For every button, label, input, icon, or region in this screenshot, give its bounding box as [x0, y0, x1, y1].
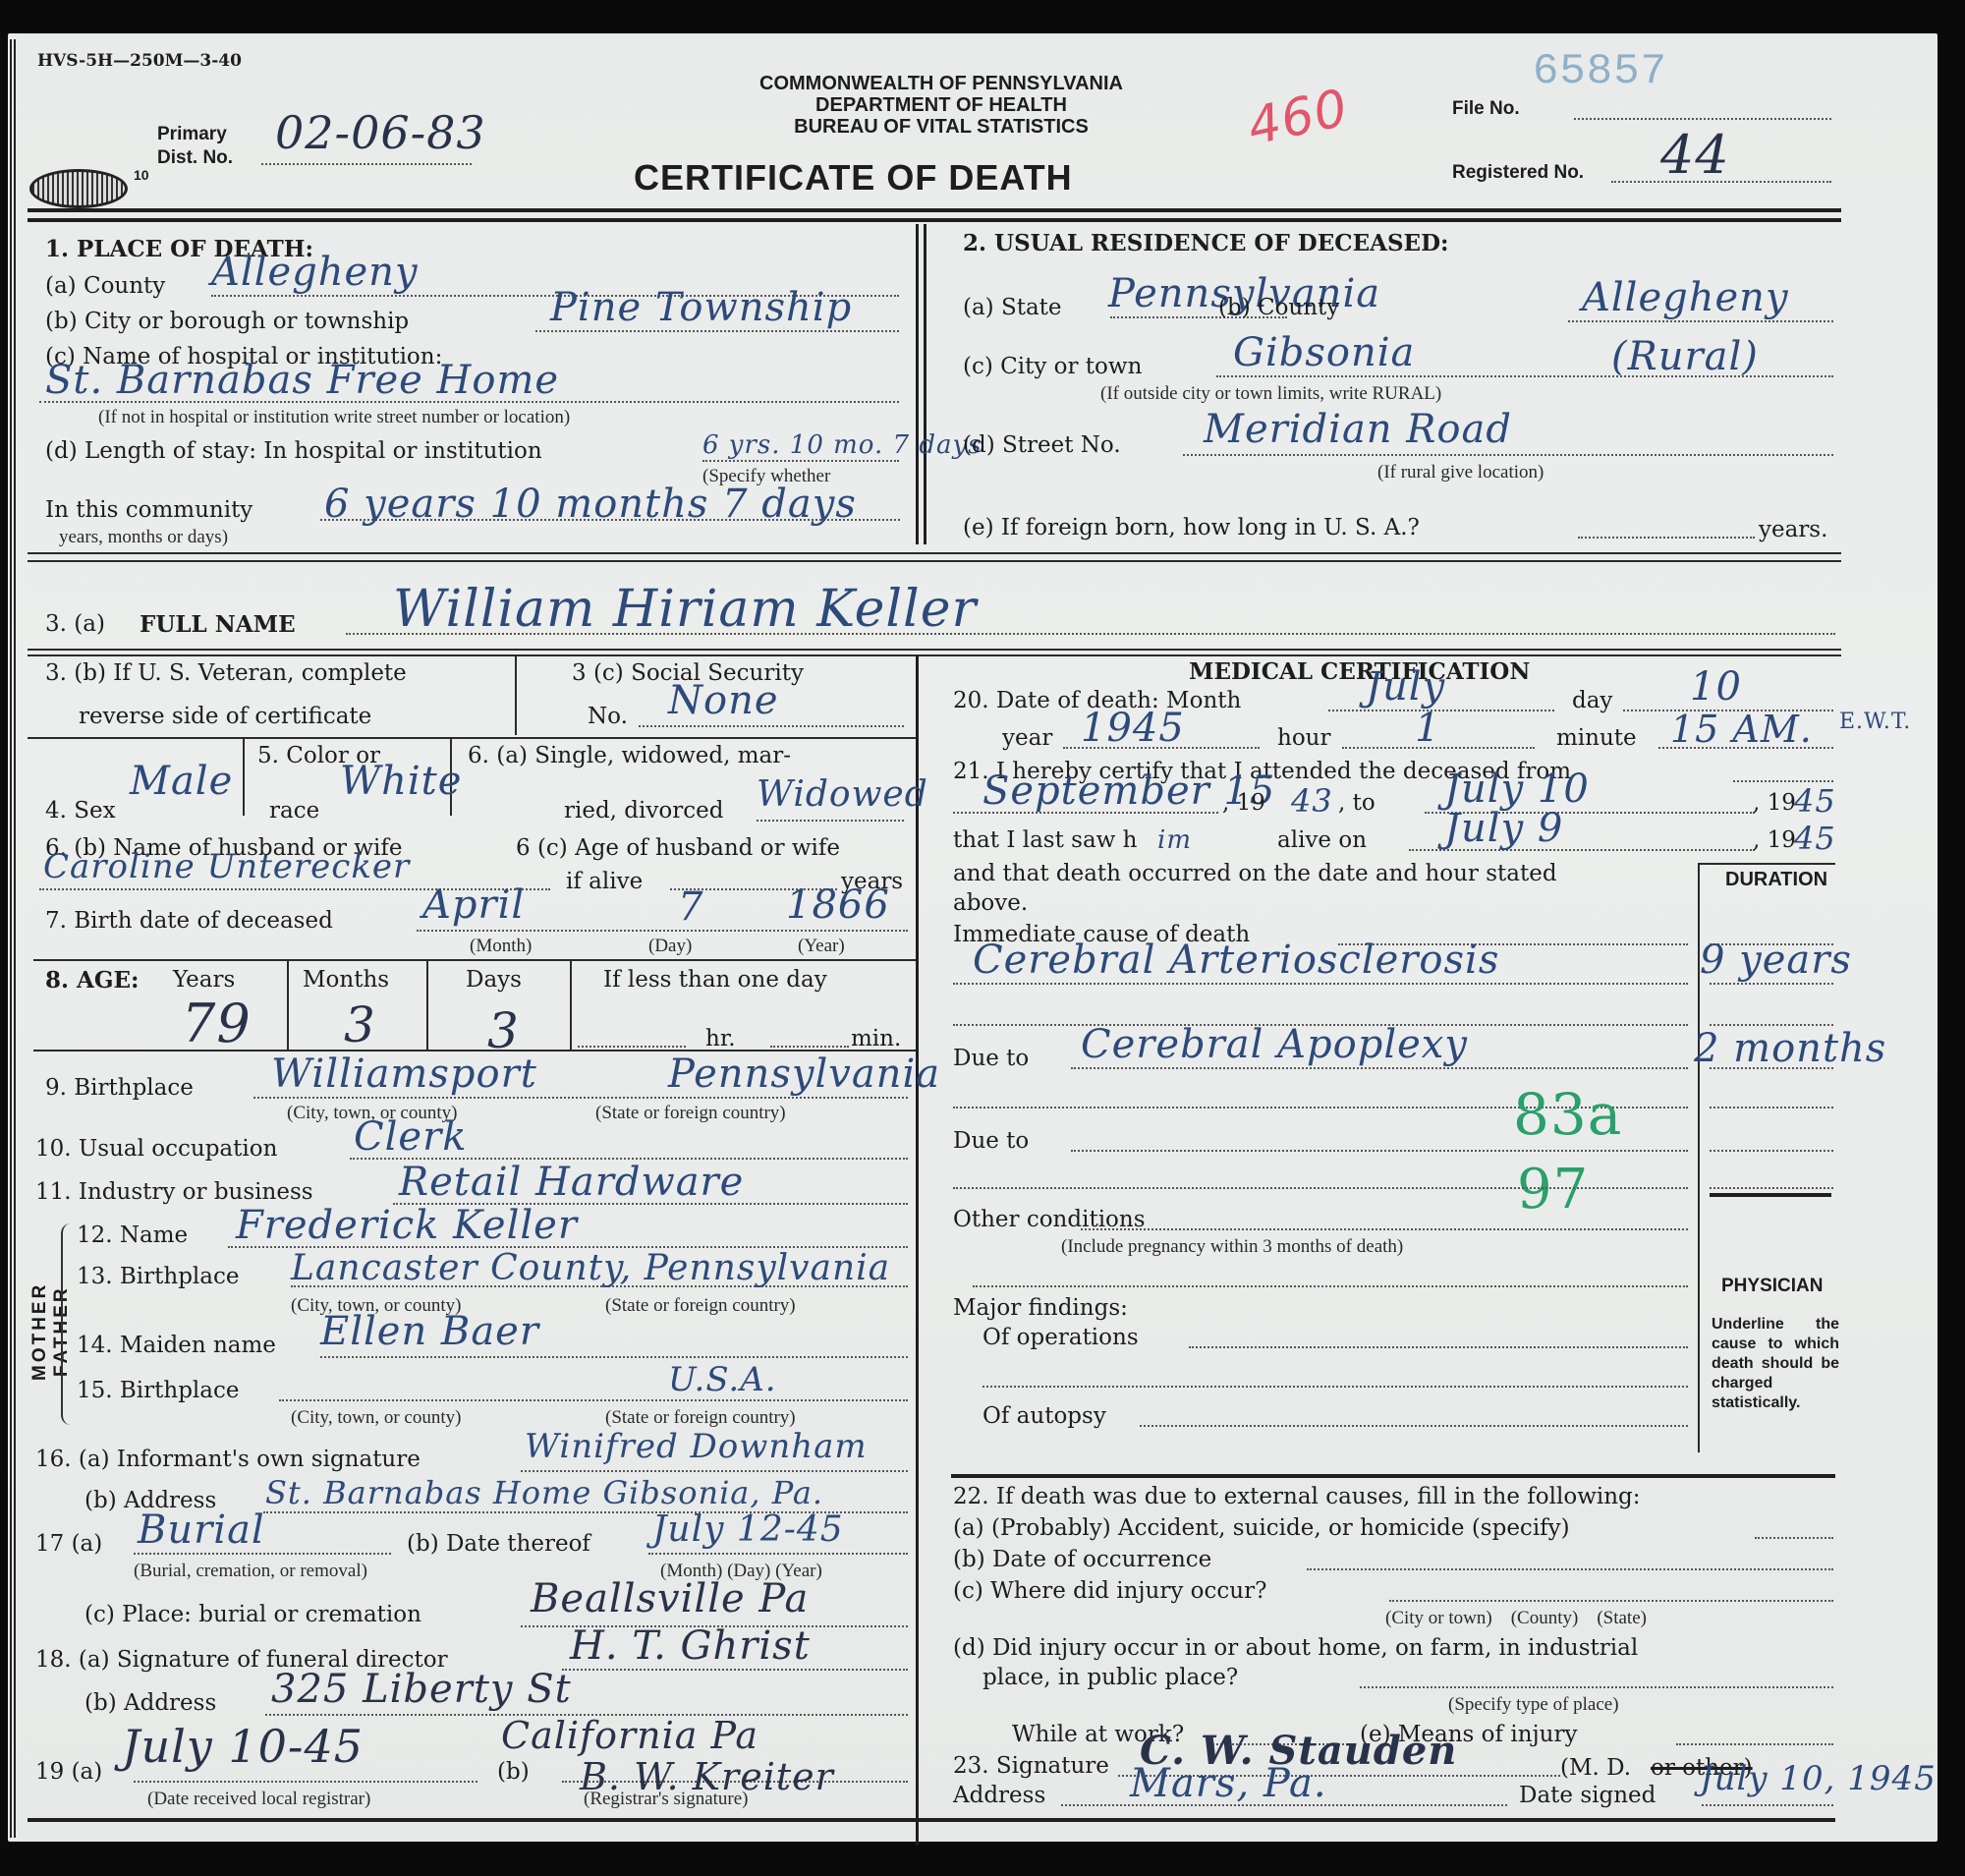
registrar-date-note: (Date received local registrar)	[147, 1789, 370, 1810]
community-value[interactable]: 6 years 10 months 7 days	[324, 482, 857, 527]
other-note: (Include pregnancy within 3 months of de…	[1061, 1236, 1403, 1258]
attend-to-year[interactable]: 45	[1794, 782, 1836, 820]
birthplace-label: 9. Birthplace	[45, 1075, 194, 1101]
section-divider	[916, 224, 919, 544]
full-name-label: FULL NAME	[140, 611, 296, 638]
mother-maiden-value[interactable]: Ellen Baer	[320, 1309, 539, 1354]
occupation-value[interactable]: Clerk	[354, 1114, 467, 1160]
external-c-label: (c) Where did injury occur?	[953, 1578, 1266, 1604]
burial-place-label: (c) Place: burial or cremation	[84, 1602, 421, 1627]
street-note: (If rural give location)	[1377, 462, 1544, 483]
file-no-label: File No.	[1452, 98, 1520, 120]
registrar-sig-label: (b)	[497, 1759, 530, 1785]
md-label: (M. D.	[1560, 1755, 1631, 1781]
findings-label: Major findings:	[953, 1295, 1128, 1321]
duration-top-rule	[1698, 863, 1835, 865]
father-birthplace-label: 13. Birthplace	[77, 1264, 239, 1289]
spouse-value[interactable]: Caroline Unterecker	[43, 847, 410, 886]
street-label: (d) Street No.	[963, 432, 1121, 458]
stay-line	[702, 460, 899, 462]
race-value[interactable]: White	[340, 759, 462, 804]
director-signature[interactable]: H. T. Ghrist	[570, 1623, 811, 1669]
main-divider	[916, 656, 919, 1846]
due-1-line-b	[1071, 1067, 1688, 1069]
birth-year[interactable]: 1866	[786, 882, 890, 928]
rule-3b	[28, 560, 1841, 562]
header-rule-1	[28, 208, 1841, 212]
alive-on-label: alive on	[1277, 827, 1367, 853]
res-city-note: (If outside city or town limits, write R…	[1100, 383, 1441, 405]
foreign-field[interactable]	[1578, 537, 1755, 539]
mother-maiden-label: 14. Maiden name	[77, 1333, 276, 1358]
external-d-label-2: place, in public place?	[982, 1665, 1238, 1690]
city-value[interactable]: Pine Township	[550, 285, 852, 330]
duration-line-5	[1710, 1107, 1833, 1109]
death-minute[interactable]: 15 AM.	[1670, 708, 1813, 751]
primary-dist-label: Primary	[157, 124, 227, 145]
external-d-label-1: (d) Did injury occur in or about home, o…	[953, 1635, 1638, 1661]
certifier-address-label: Address	[953, 1783, 1045, 1808]
immediate-duration[interactable]: 9 years	[1700, 938, 1852, 983]
external-heading: 22. If death was due to external causes,…	[953, 1484, 1641, 1509]
state-label: (a) State	[963, 295, 1062, 320]
left-border	[10, 39, 16, 1838]
occupation-label: 10. Usual occupation	[35, 1136, 277, 1162]
sex-label: 4. Sex	[45, 798, 116, 824]
disposition-note: (Burial, cremation, or removal)	[134, 1561, 367, 1582]
parents-side-label: MOTHER FATHER	[29, 1233, 59, 1430]
res-city-label: (c) City or town	[963, 354, 1142, 379]
age-hr-field[interactable]	[578, 1046, 686, 1048]
birth-line	[417, 930, 908, 932]
father-name-label: 12. Name	[77, 1222, 188, 1248]
birth-year-note: (Year)	[798, 936, 845, 957]
age-days-label: Days	[466, 967, 522, 993]
stay-label: (d) Length of stay: In hospital or insti…	[45, 438, 542, 464]
age-div-2	[426, 961, 428, 1050]
agency-line-3: BUREAU OF VITAL STATISTICS	[686, 116, 1197, 138]
race-label: race	[269, 798, 319, 824]
city-label: (b) City or borough or township	[45, 309, 409, 334]
external-a-field[interactable]	[1755, 1537, 1833, 1539]
mother-birthplace-value[interactable]: U.S.A.	[668, 1360, 777, 1399]
birth-day-note: (Day)	[648, 936, 692, 957]
county-label: (a) County	[45, 273, 165, 299]
agency-block: COMMONWEALTH OF PENNSYLVANIA DEPARTMENT …	[686, 73, 1197, 138]
age-months[interactable]: 3	[344, 996, 376, 1053]
primary-dist-label-2: Dist. No.	[157, 147, 233, 169]
external-d-note: (Specify type of place)	[1448, 1694, 1619, 1716]
cause-code-2: 97	[1517, 1158, 1589, 1222]
res-county-line	[1568, 320, 1833, 322]
due-2-field[interactable]	[1071, 1150, 1688, 1152]
agency-line-1: COMMONWEALTH OF PENNSYLVANIA	[686, 73, 1197, 94]
residence-heading: 2. USUAL RESIDENCE OF DECEASED:	[963, 230, 1449, 256]
community-label: In this community	[45, 497, 253, 523]
duration-line-2	[1710, 983, 1833, 985]
attend-to-year-prefix: , 19	[1753, 790, 1796, 816]
physician-heading: PHYSICIAN	[1721, 1276, 1823, 1297]
occurred-label-2: above.	[953, 890, 1028, 916]
age-less-label: If less than one day	[603, 967, 827, 993]
birth-label: 7. Birth date of deceased	[45, 908, 333, 934]
veteran-label-2: reverse side of certificate	[79, 704, 371, 729]
certifier-signature-label: 23. Signature	[953, 1753, 1109, 1779]
rule-3	[28, 552, 1841, 554]
external-b-label: (b) Date of occurrence	[953, 1547, 1211, 1572]
ss-line	[639, 725, 904, 727]
parents-brace	[61, 1223, 73, 1425]
attend-to-label: , to	[1338, 790, 1375, 816]
seal-number: 10	[134, 167, 149, 183]
burial-date-line	[648, 1553, 908, 1555]
external-rule	[951, 1474, 1835, 1478]
death-month-line	[1328, 710, 1554, 711]
marital-label-2: ried, divorced	[564, 798, 723, 824]
foreign-label: (e) If foreign born, how long in U. S. A…	[963, 515, 1420, 540]
marital-line	[757, 820, 904, 822]
res-city-value[interactable]: Gibsonia	[1233, 330, 1415, 375]
agency-line-2: DEPARTMENT OF HEALTH	[686, 94, 1197, 116]
external-c-field[interactable]	[1389, 1600, 1833, 1602]
ss-value[interactable]: None	[668, 678, 779, 723]
age-label: 8. AGE:	[45, 967, 140, 994]
last-seen-year[interactable]: 45	[1794, 820, 1836, 857]
certificate-title: CERTIFICATE OF DEATH	[634, 157, 1073, 199]
mother-city-note: (City, town, or county)	[291, 1407, 461, 1429]
registered-no-value[interactable]: 44	[1660, 124, 1730, 186]
birthplace-state[interactable]: Pennsylvania	[668, 1052, 940, 1097]
institution-value[interactable]: St. Barnabas Free Home	[45, 358, 559, 403]
attend-from-year[interactable]: 43	[1291, 782, 1333, 820]
due-to-1-value[interactable]: Cerebral Apoplexy	[1081, 1022, 1468, 1067]
mother-birthplace-label: 15. Birthplace	[77, 1378, 239, 1403]
date-signed[interactable]: July 10, 1945	[1700, 1759, 1937, 1798]
city-line	[535, 330, 899, 332]
age-min-field[interactable]	[770, 1046, 849, 1048]
age-div-3	[570, 961, 572, 1050]
mother-birthplace-line	[279, 1399, 908, 1401]
res-county-value[interactable]: Allegheny	[1582, 275, 1789, 320]
res-county-label: (b) County	[1218, 295, 1339, 320]
sex-divider	[243, 739, 245, 816]
director-line	[562, 1669, 908, 1671]
rule-4b	[28, 654, 1841, 656]
due-to-2-label: Due to	[953, 1128, 1029, 1154]
burial-date-value[interactable]: July 12-45	[652, 1509, 844, 1550]
mother-maiden-line	[320, 1356, 908, 1358]
date-signed-line	[1702, 1804, 1833, 1806]
death-hour[interactable]: 1	[1415, 706, 1440, 751]
sex-value[interactable]: Male	[130, 759, 233, 804]
last-seen-date[interactable]: July 9	[1444, 806, 1563, 851]
veteran-divider	[515, 656, 517, 735]
death-day-label: day	[1572, 688, 1612, 713]
father-name-value[interactable]: Frederick Keller	[236, 1203, 578, 1248]
other-line-a	[953, 1187, 1688, 1189]
due-to-1-label: Due to	[953, 1046, 1029, 1071]
father-state-note: (State or foreign country)	[605, 1295, 796, 1317]
disposition-value[interactable]: Burial	[138, 1507, 265, 1553]
rule-4	[28, 649, 1841, 651]
res-city-rural[interactable]: (Rural)	[1611, 334, 1759, 379]
file-stamp-number: 65857	[1533, 47, 1667, 96]
primary-dist-value[interactable]: 02-06-83	[275, 106, 486, 159]
death-month[interactable]: July	[1366, 664, 1445, 710]
age-years-label: Years	[173, 967, 235, 993]
birth-month[interactable]: April	[422, 882, 525, 928]
stay-value[interactable]: 6 yrs. 10 mo. 7 days	[702, 430, 982, 460]
external-c-note: (City or town) (County) (State)	[1385, 1608, 1647, 1629]
informant-line	[521, 1470, 908, 1472]
street-line	[1183, 454, 1833, 456]
rule-6	[33, 959, 916, 961]
bottom-rule	[28, 1818, 1835, 1822]
time-zone: E.W.T.	[1839, 710, 1911, 734]
medical-heading: MEDICAL CERTIFICATION	[1189, 658, 1530, 685]
duration-end-rule	[1710, 1193, 1831, 1197]
other-line-b	[973, 1285, 1688, 1287]
age-months-label: Months	[303, 967, 389, 993]
full-name-prefix: 3. (a)	[45, 611, 105, 637]
autopsy-label: Of autopsy	[982, 1403, 1106, 1429]
informant-address[interactable]: St. Barnabas Home Gibsonia, Pa.	[265, 1474, 823, 1511]
institution-note: (If not in hospital or institution write…	[98, 407, 570, 428]
registrar-sig-note: (Registrar's signature)	[584, 1789, 749, 1810]
birthplace-line	[253, 1097, 908, 1099]
operations-field[interactable]	[1189, 1346, 1688, 1348]
disposition-line	[134, 1553, 391, 1555]
director-address-label: (b) Address	[84, 1690, 216, 1716]
industry-label: 11. Industry or business	[35, 1179, 313, 1205]
duration-line-6	[1710, 1150, 1833, 1152]
rule-5	[28, 737, 916, 739]
occurred-label-1: and that death occurred on the date and …	[953, 861, 1557, 886]
age-min-label: min.	[851, 1026, 901, 1052]
death-year-label: year	[1002, 725, 1052, 751]
last-seen-label: that I last saw h	[953, 827, 1137, 853]
form-code: HVS-5H—250M—3-40	[37, 51, 242, 71]
death-minute-label: minute	[1556, 725, 1637, 751]
external-b-field[interactable]	[1307, 1568, 1833, 1570]
veteran-label-1: 3. (b) If U. S. Veteran, complete	[45, 660, 407, 686]
burial-date-label: (b) Date thereof	[407, 1531, 590, 1557]
registrar-date[interactable]: July 10-45	[122, 1720, 364, 1773]
age-div-1	[287, 961, 289, 1050]
ss-label-2: No.	[588, 704, 628, 729]
immediate-line-2	[953, 983, 1688, 985]
birthplace-city[interactable]: Williamsport	[271, 1052, 537, 1097]
death-year[interactable]: 1945	[1081, 706, 1185, 751]
certifier-address[interactable]: Mars, Pa.	[1130, 1761, 1327, 1806]
attend-from-year-prefix: , 19	[1222, 790, 1265, 816]
registered-no-label: Registered No.	[1452, 162, 1584, 184]
date-signed-label: Date signed	[1519, 1783, 1656, 1808]
duration-line-7	[1710, 1187, 1833, 1189]
registrar-date-line	[134, 1781, 477, 1783]
means-field[interactable]	[1676, 1743, 1833, 1745]
last-seen-pronoun[interactable]: im	[1157, 825, 1192, 855]
industry-value[interactable]: Retail Hardware	[399, 1160, 744, 1205]
autopsy-field[interactable]	[1140, 1425, 1688, 1427]
birth-month-note: (Month)	[470, 936, 532, 957]
section-divider-2	[924, 224, 926, 544]
due-to-1-duration[interactable]: 2 months	[1694, 1026, 1886, 1071]
disposition-label: 17 (a)	[35, 1531, 102, 1557]
primary-dist-line	[261, 163, 472, 165]
operations-label: Of operations	[982, 1325, 1139, 1350]
director-city[interactable]: California Pa	[501, 1714, 758, 1757]
burial-place-value[interactable]: Beallsville Pa	[531, 1576, 809, 1621]
age-hr-label: hr.	[705, 1026, 736, 1052]
community-note: years, months or days)	[59, 527, 228, 548]
last-seen-year-prefix: , 19	[1753, 827, 1796, 853]
union-label-seal-icon	[29, 169, 128, 208]
county-value[interactable]: Allegheny	[211, 250, 419, 295]
marital-value[interactable]: Widowed	[757, 774, 928, 815]
birth-day[interactable]: 7	[678, 884, 703, 930]
mother-state-note: (State or foreign country)	[605, 1407, 796, 1429]
foreign-suffix: years.	[1759, 517, 1827, 542]
cause-code-1: 83a	[1513, 1081, 1622, 1148]
father-birthplace-value[interactable]: Lancaster County, Pennsylvania	[291, 1248, 890, 1288]
external-a-label: (a) (Probably) Accident, suicide, or hom…	[953, 1515, 1570, 1541]
external-d-field[interactable]	[1360, 1686, 1833, 1688]
physician-note: Underline the cause to which death shoul…	[1712, 1315, 1839, 1413]
birthplace-state-note: (State or foreign country)	[595, 1103, 786, 1124]
director-address[interactable]: 325 Liberty St	[271, 1667, 572, 1712]
death-hour-label: hour	[1277, 725, 1330, 751]
file-no-field[interactable]	[1574, 118, 1831, 120]
other-field[interactable]	[1081, 1228, 1688, 1230]
marital-label-1: 6. (a) Single, widowed, mar-	[468, 743, 791, 768]
street-value[interactable]: Meridian Road	[1204, 407, 1512, 452]
full-name-value[interactable]: William Hiriam Keller	[393, 580, 977, 639]
age-years[interactable]: 79	[182, 993, 252, 1054]
spouse-age-alive: if alive	[566, 869, 643, 894]
informant-signature[interactable]: Winifred Downham	[525, 1427, 868, 1466]
registrar-label: 19 (a)	[35, 1759, 102, 1785]
operations-field-2[interactable]	[982, 1386, 1688, 1388]
header-rule-2	[28, 218, 1841, 222]
spouse-age-label: 6 (c) Age of husband or wife	[516, 835, 840, 861]
informant-label: 16. (a) Informant's own signature	[35, 1447, 421, 1472]
duration-heading: DURATION	[1725, 869, 1827, 891]
immediate-cause[interactable]: Cerebral Arteriosclerosis	[973, 938, 1499, 983]
death-day[interactable]: 10	[1690, 664, 1742, 710]
